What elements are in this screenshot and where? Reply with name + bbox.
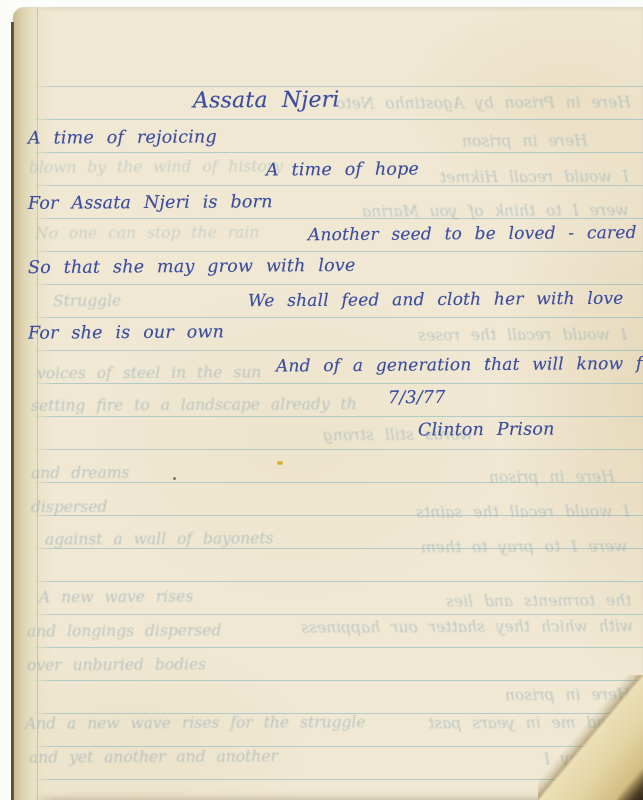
bleedthrough-line-mirrored: I would recall Hikmet: [440, 168, 629, 187]
bleedthrough-line: over unburied bodies: [27, 656, 206, 675]
poem-line: Another seed to be loved - cared for: [308, 223, 643, 246]
bleedthrough-line: setting fire to a landscape already th: [31, 395, 357, 415]
bleedthrough-line: voices of steel in the sun: [37, 363, 261, 382]
bleedthrough-line: and longings dispersed: [27, 621, 221, 640]
bleedthrough-line: Struggle: [53, 292, 121, 310]
paper-page: Here in Prison by Agostinho Neto Here in…: [13, 6, 643, 800]
scanned-notebook-page: Here in Prison by Agostinho Neto Here in…: [0, 0, 643, 800]
bleedthrough-line: No one can stop the rain: [35, 223, 259, 242]
poem-line: A time of rejoicing: [28, 127, 217, 148]
bleedthrough-line: A new wave rises: [39, 588, 193, 607]
paper-fleck: [487, 358, 490, 361]
bleedthrough-line-mirrored: I would recall the saints: [416, 502, 630, 521]
scan-margin-top: [0, 0, 643, 7]
bleedthrough-line: against a wall of bayonets: [45, 529, 274, 548]
poem-line: For Assata Njeri is born: [28, 192, 273, 214]
poem-signature: Clinton Prison: [418, 420, 555, 441]
bleedthrough-line-mirrored: Here in prison: [489, 468, 615, 487]
bleedthrough-line-mirrored: with which they shatter our happiness: [301, 617, 633, 637]
bleedthrough-line-mirrored: were I to think of you Marina: [362, 201, 629, 220]
bleedthrough-line-mirrored: Here in prison: [462, 132, 588, 151]
bleedthrough-line: and dreams: [31, 464, 130, 483]
scan-margin-left: [0, 0, 11, 800]
poem-line: For she is our own: [28, 322, 224, 343]
paper-fleck: [173, 477, 176, 480]
paper-fleck: [277, 461, 283, 465]
bleedthrough-line: and yet another and another: [29, 747, 278, 766]
bleedthrough-line-mirrored: Here in Prison by Agostinho Neto: [336, 93, 631, 113]
poem-line: A time of hope: [266, 159, 419, 180]
poem-line: And of a generation that will know freed…: [276, 353, 643, 376]
bleedthrough-line-mirrored: I would recall the roses: [418, 325, 627, 344]
bleedthrough-line: And a new wave rises for the struggle: [25, 713, 366, 733]
bleedthrough-line-mirrored: the torments and lies: [446, 592, 631, 611]
bleedthrough-line: blown by the wind of history: [29, 157, 283, 176]
poem-date: 7/3/77: [388, 388, 446, 408]
poem-line: So that she may grow with love: [28, 256, 356, 278]
page-corner-tip: [617, 770, 643, 800]
poem-line: We shall feed and cloth her with love: [248, 289, 624, 312]
bleedthrough-line-mirrored: were I to pray to them: [421, 537, 627, 556]
poem-title: Assata Njeri: [193, 87, 340, 113]
bleedthrough-line: dispersed: [31, 498, 107, 516]
